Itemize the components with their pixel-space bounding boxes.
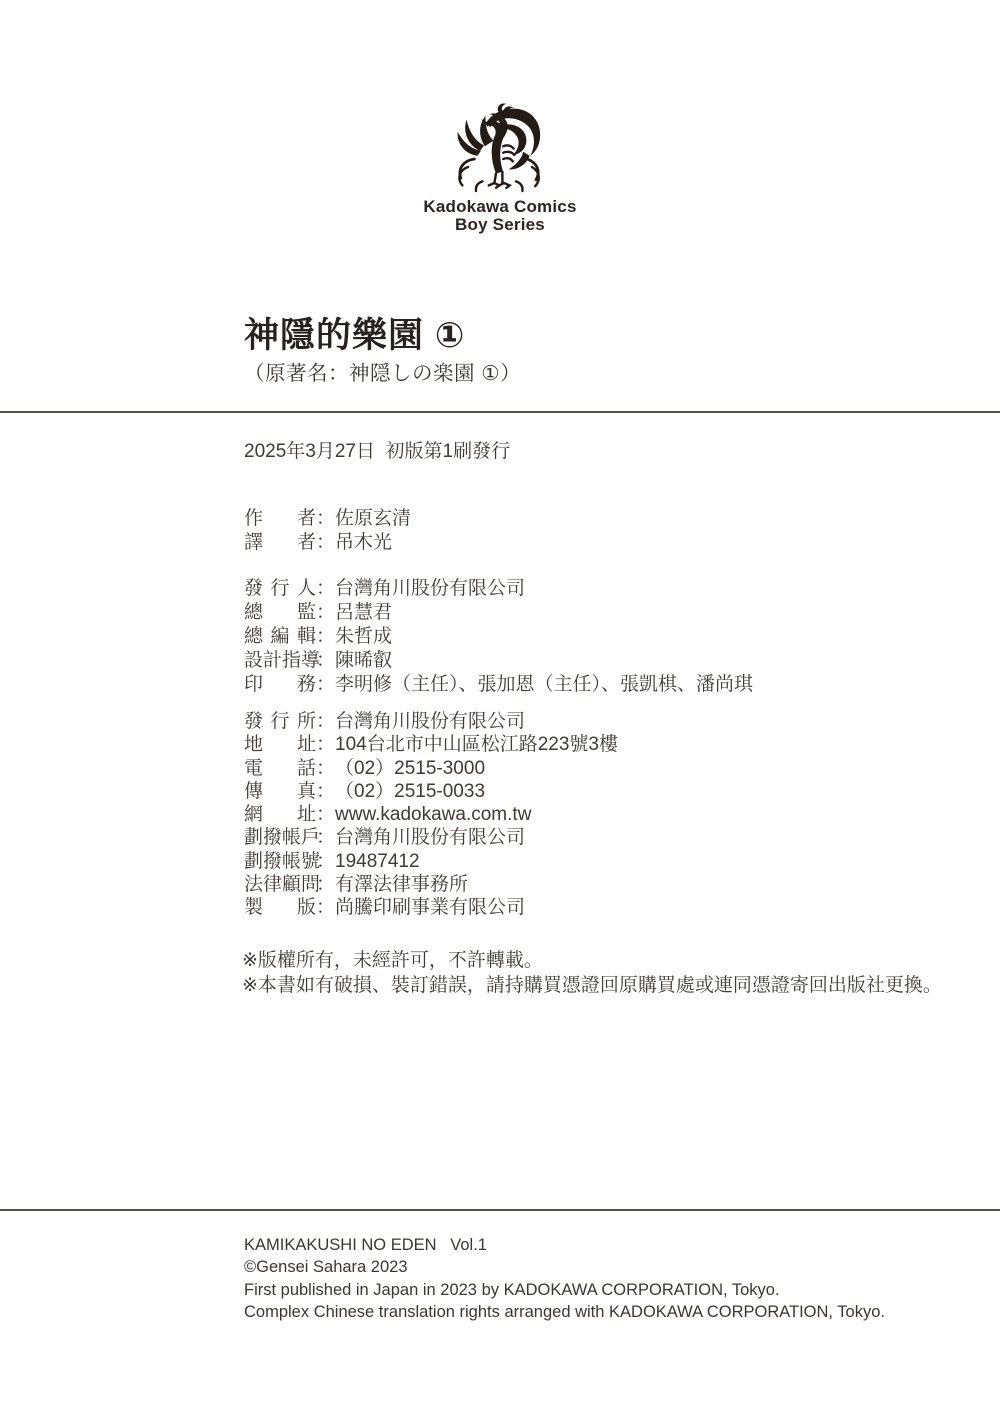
credit-separator: ：	[316, 531, 335, 555]
original-title-note: （原著名：神隠しの楽園 ①）	[244, 361, 521, 386]
publisher-label: 劃撥帳戶	[244, 826, 316, 849]
staff-value: 呂慧君	[335, 602, 392, 623]
credit-separator: ：	[316, 507, 335, 531]
publisher-separator: ：	[316, 710, 335, 733]
staff-value: 台灣角川股份有限公司	[335, 578, 525, 599]
publisher-row: 劃撥帳號：19487412	[244, 850, 618, 873]
staff-row: 印務：李明修（主任）、張加恩（主任）、張凱棋、潘尚琪	[244, 673, 753, 697]
staff-label: 設計指導	[244, 649, 316, 673]
publisher-label: 傳真	[244, 780, 316, 803]
divider-top	[0, 411, 1000, 413]
publisher-value: 尚騰印刷事業有限公司	[335, 897, 525, 918]
publisher-website: www.kadokawa.com.tw	[335, 804, 531, 825]
staff-separator: ：	[316, 601, 335, 625]
english-title-line: KAMIKAKUSHI NO EDEN Vol.1	[244, 1234, 885, 1256]
staff-row: 發行人：台灣角川股份有限公司	[244, 577, 753, 601]
staff-separator: ：	[316, 577, 335, 601]
staff-label: 發行人	[244, 577, 316, 601]
staff-separator: ：	[316, 673, 335, 697]
publisher-label: 劃撥帳號	[244, 850, 316, 873]
publisher-separator: ：	[316, 896, 335, 919]
book-title: 神隱的樂園 ①	[244, 316, 521, 356]
credit-row: 作者：佐原玄清	[244, 507, 411, 531]
colophon-page: Kadokawa Comics Boy Series 神隱的樂園 ① （原著名：…	[0, 0, 1000, 1417]
credit-label: 譯者	[244, 531, 316, 555]
publisher-separator: ：	[316, 850, 335, 873]
publisher-block: 發行所：台灣角川股份有限公司 地址：104台北市中山區松江路223號3樓 電話：…	[244, 710, 618, 919]
publisher-row: 法律顧問：有澤法律事務所	[244, 873, 618, 896]
publisher-value: 104台北市中山區松江路223號3樓	[335, 734, 618, 755]
publisher-value: 有澤法律事務所	[335, 874, 468, 895]
english-translation-rights-line: Complex Chinese translation rights arran…	[244, 1301, 885, 1323]
staff-label: 總監	[244, 601, 316, 625]
publisher-logo-block: Kadokawa Comics Boy Series	[0, 99, 1000, 234]
copyright-notice: ※版權所有，未經許可，不許轉載。	[242, 949, 942, 974]
damaged-copy-notice: ※本書如有破損、裝訂錯誤，請持購買憑證回原購買處或連同憑證寄回出版社更換。	[242, 974, 942, 999]
publisher-value: 台灣角川股份有限公司	[335, 827, 525, 848]
english-rights-block: KAMIKAKUSHI NO EDEN Vol.1 ©Gensei Sahara…	[244, 1234, 885, 1324]
publisher-separator: ：	[316, 803, 335, 826]
publisher-row: 發行所：台灣角川股份有限公司	[244, 710, 618, 733]
staff-row: 總編輯：朱哲成	[244, 625, 753, 649]
credit-label: 作者	[244, 507, 316, 531]
publisher-row: 網址：www.kadokawa.com.tw	[244, 803, 618, 826]
publisher-separator: ：	[316, 757, 335, 780]
edition-date-line: 2025年3月27日 初版第1刷發行	[244, 440, 510, 464]
publisher-label: 網址	[244, 803, 316, 826]
staff-row: 設計指導：陳晞叡	[244, 649, 753, 673]
publisher-row: 地址：104台北市中山區松江路223號3樓	[244, 733, 618, 756]
publisher-value: （02）2515-3000	[335, 758, 485, 779]
staff-separator: ：	[316, 625, 335, 649]
staff-row: 總監：呂慧君	[244, 601, 753, 625]
publisher-separator: ：	[316, 733, 335, 756]
divider-bottom	[0, 1209, 1000, 1211]
publisher-separator: ：	[316, 780, 335, 803]
publisher-separator: ：	[316, 873, 335, 896]
english-copyright-line: ©Gensei Sahara 2023	[244, 1256, 885, 1278]
publisher-label: 地址	[244, 733, 316, 756]
kadokawa-phoenix-logo-icon	[452, 99, 548, 195]
staff-label: 印務	[244, 673, 316, 697]
publisher-label: 發行所	[244, 710, 316, 733]
staff-value: 朱哲成	[335, 626, 392, 647]
staff-separator: ：	[316, 649, 335, 673]
publisher-value: （02）2515-0033	[335, 781, 485, 802]
credit-row: 譯者：吊木光	[244, 531, 411, 555]
publisher-row: 劃撥帳戶：台灣角川股份有限公司	[244, 826, 618, 849]
credits-block: 作者：佐原玄清 譯者：吊木光	[244, 507, 411, 555]
notices-block: ※版權所有，未經許可，不許轉載。 ※本書如有破損、裝訂錯誤，請持購買憑證回原購買…	[242, 949, 942, 998]
staff-label: 總編輯	[244, 625, 316, 649]
publisher-label: 電話	[244, 757, 316, 780]
publisher-label: 製版	[244, 896, 316, 919]
series-name-line-1: Kadokawa Comics	[0, 198, 1000, 216]
publisher-value: 19487412	[335, 851, 420, 872]
publisher-value: 台灣角川股份有限公司	[335, 711, 525, 732]
publisher-label: 法律顧問	[244, 873, 316, 896]
publisher-separator: ：	[316, 826, 335, 849]
publisher-row: 傳真：（02）2515-0033	[244, 780, 618, 803]
series-name-line-2: Boy Series	[0, 216, 1000, 234]
english-first-published-line: First published in Japan in 2023 by KADO…	[244, 1279, 885, 1301]
publisher-row: 電話：（02）2515-3000	[244, 757, 618, 780]
publisher-row: 製版：尚騰印刷事業有限公司	[244, 896, 618, 919]
title-block: 神隱的樂園 ① （原著名：神隠しの楽園 ①）	[244, 316, 521, 386]
staff-block: 發行人：台灣角川股份有限公司 總監：呂慧君 總編輯：朱哲成 設計指導：陳晞叡 印…	[244, 577, 753, 697]
staff-value: 陳晞叡	[335, 650, 392, 671]
credit-value: 佐原玄清	[335, 508, 411, 529]
credit-value: 吊木光	[335, 532, 392, 553]
staff-value: 李明修（主任）、張加恩（主任）、張凱棋、潘尚琪	[335, 674, 753, 695]
